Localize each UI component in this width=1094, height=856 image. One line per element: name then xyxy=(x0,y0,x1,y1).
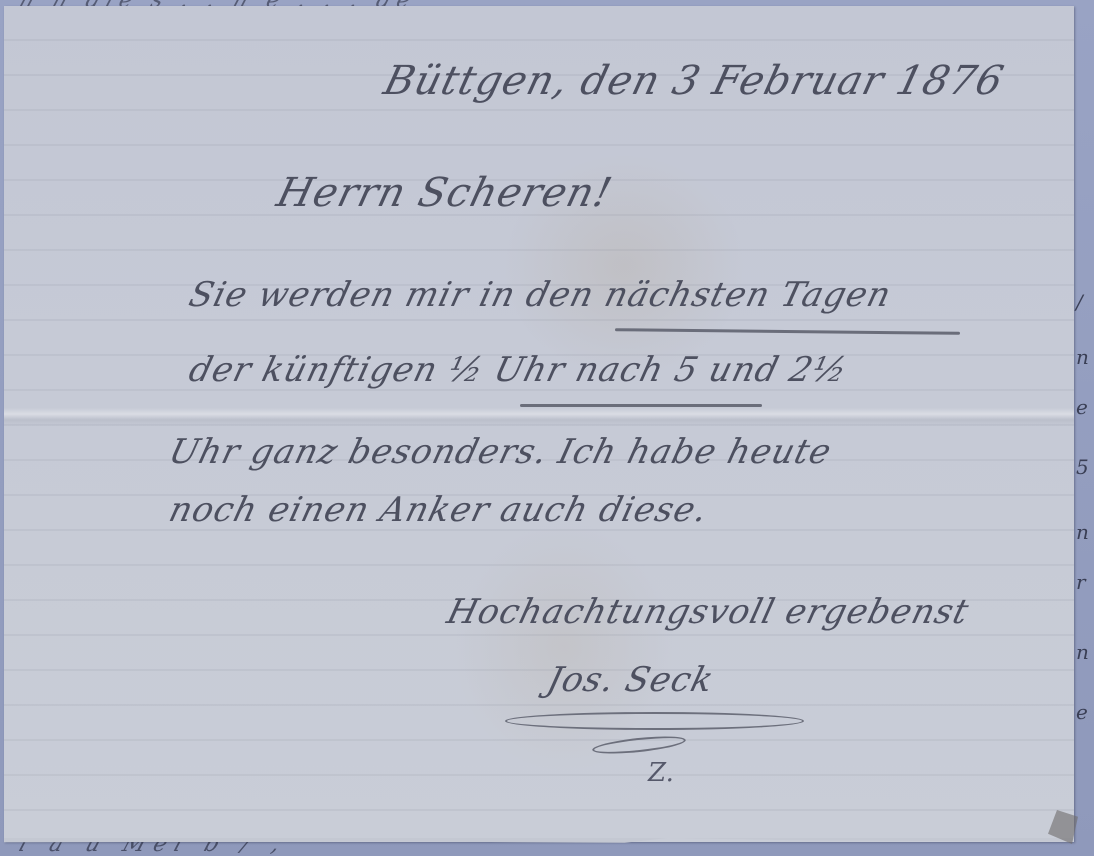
handwritten-underline xyxy=(520,404,762,407)
signature-flourish xyxy=(505,712,804,730)
underlying-sheet-right-char: e xyxy=(1076,700,1094,724)
underlying-sheet-right-char: n xyxy=(1076,640,1094,664)
underlying-sheet-right-char: n xyxy=(1076,345,1094,369)
underlying-sheet-right-char: e xyxy=(1076,395,1094,419)
signature-flourish-mark: Z. xyxy=(648,758,674,788)
letter-body-line: noch einen Anker auch diese. xyxy=(165,490,712,530)
letter-body-line: Sie werden mir in den nächsten Tagen xyxy=(185,275,896,315)
letter-salutation: Herrn Scheren! xyxy=(272,170,617,216)
underlying-sheet-right-char: r xyxy=(1076,570,1094,594)
underlying-sheet-right-char: n xyxy=(1076,520,1094,544)
letter-body-line: Uhr ganz besonders. Ich habe heute xyxy=(165,432,836,472)
underlying-sheet-right-char: / xyxy=(1076,290,1094,314)
letter-place-date: Büttgen, den 3 Februar 1876 xyxy=(379,58,1008,104)
letter-body-line: der künftigen ½ Uhr nach 5 und 2½ xyxy=(185,350,852,390)
underlying-sheet-right-char: 5 xyxy=(1076,455,1094,479)
letter-signature: Jos. Seck xyxy=(543,660,718,700)
letter-closing: Hochachtungsvoll ergebenst xyxy=(443,592,973,632)
